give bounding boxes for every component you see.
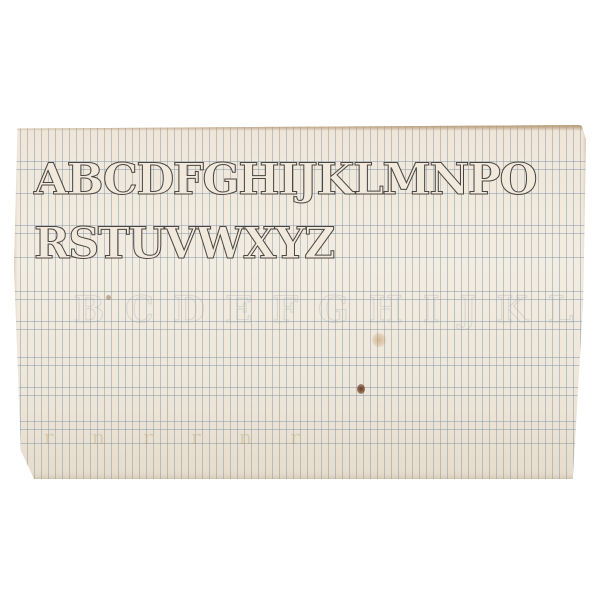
erased-letters-row: BCDEFGHIJKLMNO <box>74 289 586 331</box>
faint-bottom-marks: r n r r n r <box>44 425 316 449</box>
guide-line <box>14 421 586 422</box>
worn-top-edge <box>14 125 586 131</box>
guide-line <box>14 365 586 366</box>
ink-blot <box>357 384 365 394</box>
guide-line <box>14 387 586 388</box>
lettering-sheet: ABCDFGHIJKLMNPO RSTUVWXYZ BCDEFGHIJKLMNO… <box>14 125 586 479</box>
guide-line <box>14 395 586 396</box>
guide-line <box>14 357 586 358</box>
alphabet-row-1: ABCDFGHIJKLMNPO <box>34 155 536 205</box>
alphabet-row-2: RSTUVWXYZ <box>34 219 334 269</box>
speck <box>106 295 111 300</box>
stain-spot <box>372 333 386 347</box>
